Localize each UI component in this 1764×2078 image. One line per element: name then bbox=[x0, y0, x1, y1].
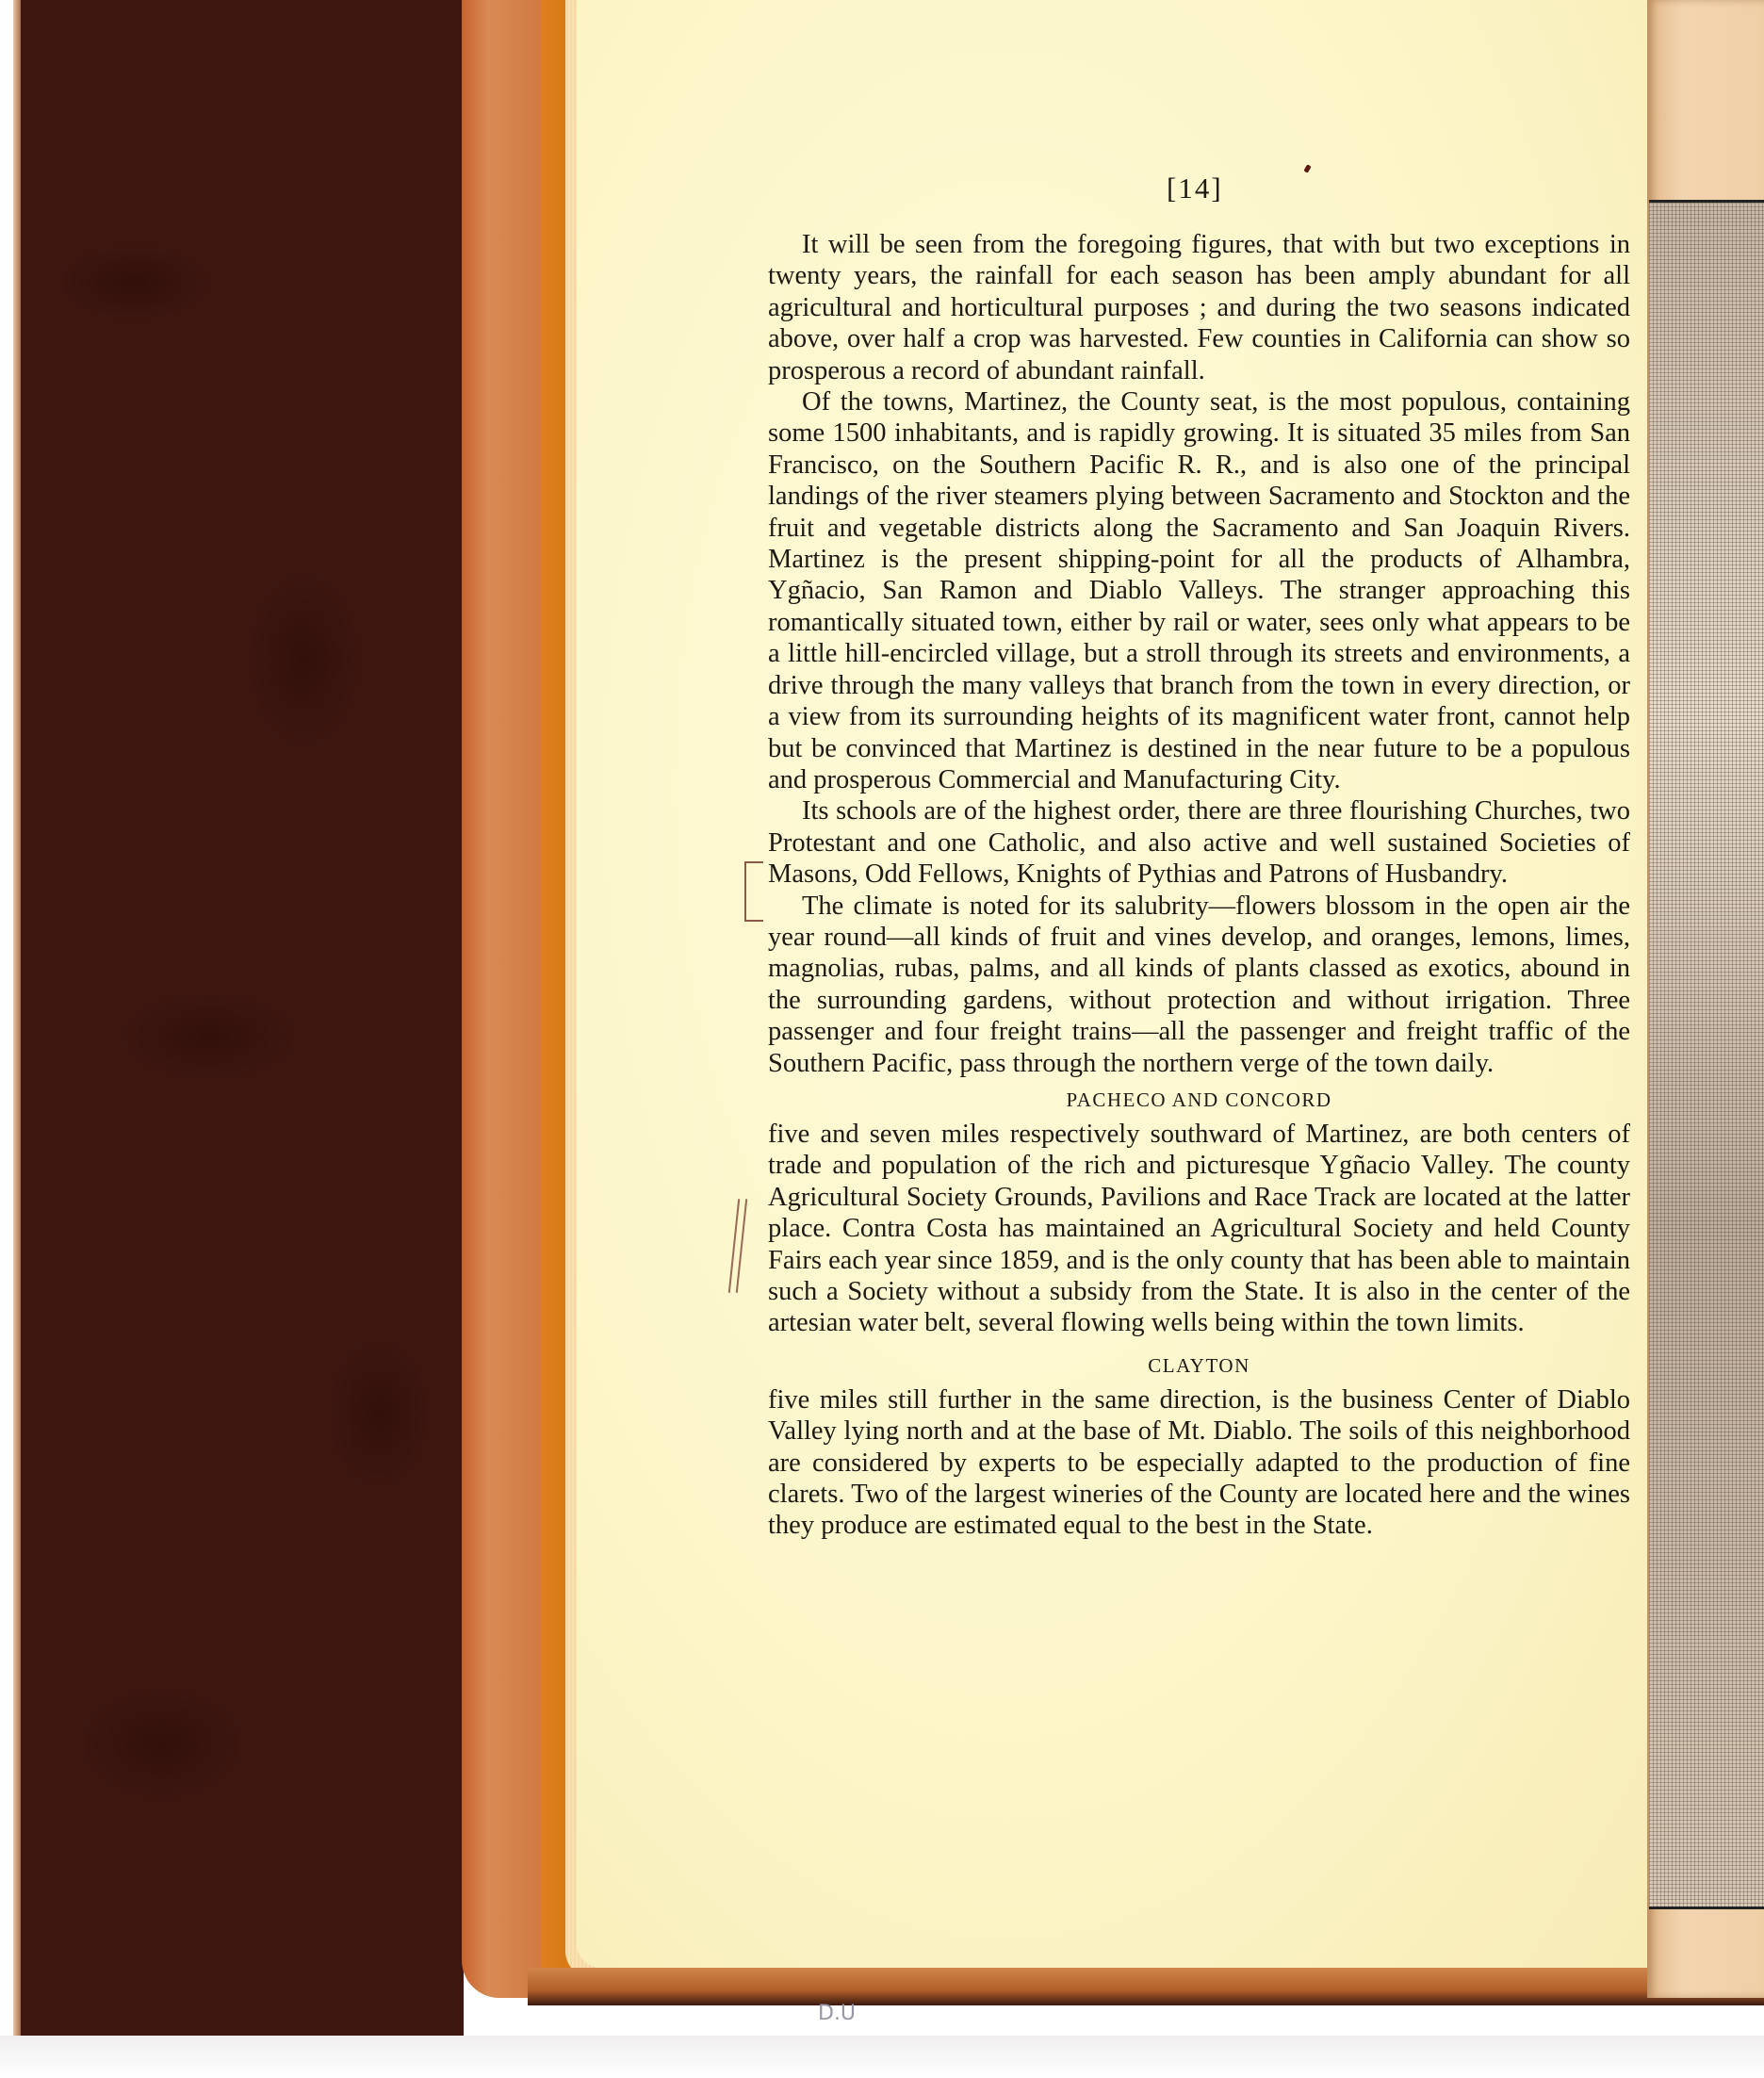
paragraph-pacheco-concord: five and seven miles respectively southw… bbox=[768, 1119, 1630, 1339]
page-bottom-edge bbox=[528, 1968, 1764, 2005]
section-heading-clayton: CLAYTON bbox=[768, 1352, 1630, 1379]
margin-bracket-annotation bbox=[744, 861, 763, 922]
paragraph-martinez: Of the towns, Martinez, the County seat,… bbox=[768, 386, 1630, 795]
scan-margin bbox=[0, 2036, 1764, 2078]
margin-line-annotation bbox=[729, 1199, 748, 1293]
facing-page-illustration bbox=[1649, 200, 1764, 1909]
body-text: It will be seen from the foregoing figur… bbox=[768, 229, 1630, 1542]
pencil-annotation: D.U bbox=[818, 2002, 856, 2025]
paragraph-climate: The climate is noted for its salubrity—f… bbox=[768, 891, 1630, 1079]
paragraph-clayton: five miles still further in the same dir… bbox=[768, 1384, 1630, 1542]
endpaper bbox=[462, 0, 551, 1998]
paragraph-schools: Its schools are of the highest order, th… bbox=[768, 795, 1630, 890]
section-heading-pacheco-concord: PACHECO AND CONCORD bbox=[768, 1087, 1630, 1113]
page-number: [14] bbox=[1167, 172, 1223, 205]
book-cover bbox=[21, 0, 464, 2036]
paragraph-rainfall: It will be seen from the foregoing figur… bbox=[768, 229, 1630, 386]
